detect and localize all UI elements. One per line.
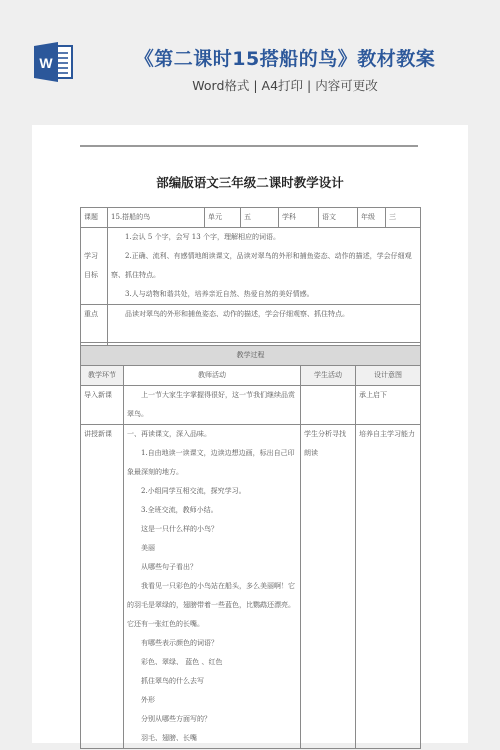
teacher-line: 抓住翠鸟的什么去写 <box>127 672 297 691</box>
teacher-line: 3.全班交流，教师小结。 <box>127 501 297 520</box>
header-divider <box>80 145 418 147</box>
process-header-row: 教学环节 教师活动 学生活动 设计意图 <box>81 366 421 386</box>
objectives-label: 学习 目标 <box>81 228 108 305</box>
objectives-label-line1: 学习 <box>84 247 104 266</box>
teacher-line: 这是一只什么样的小鸟？ <box>127 520 297 539</box>
stage-cell: 导入新课 <box>81 386 124 425</box>
teacher-line: 美丽 <box>127 539 297 558</box>
intent-cell: 承上启下 <box>356 386 421 425</box>
subject-value: 语文 <box>319 208 358 228</box>
teacher-line: 有哪些表示颜色的词语？ <box>127 634 297 653</box>
word-icon: W <box>32 40 76 84</box>
teacher-cell: 上一节大家生字掌握得很好，这一节我们继续品赏翠鸟。 <box>124 386 301 425</box>
key-point-label: 重点 <box>81 305 108 343</box>
objectives-content: 1.会认 5 个字，会写 13 个字，理解相应的词语。 2.正确、流利、有感情地… <box>108 228 421 305</box>
svg-text:W: W <box>39 55 53 71</box>
stage-cell: 讲授新课 <box>81 425 124 749</box>
topic-value: 15.搭船的鸟 <box>108 208 205 228</box>
teacher-line: 分别从哪些方面写的？ <box>127 710 297 729</box>
teacher-line: 2.小组同学互相交流，探究学习。 <box>127 482 297 501</box>
process-row-lecture: 讲授新课 一、再读课文，深入品味。 1.自由地读一读课文，边读边想边画，标出自己… <box>81 425 421 749</box>
teacher-line: 外形 <box>127 691 297 710</box>
student-cell <box>301 386 356 425</box>
teacher-line: 一、再读课文，深入品味。 <box>127 425 297 444</box>
process-title-row: 教学过程 <box>81 346 421 366</box>
objectives-label-line2: 目标 <box>84 266 104 285</box>
teacher-line: 彩色、翠绿、 蓝色 、红色 <box>127 653 297 672</box>
unit-value: 五 <box>241 208 279 228</box>
objectives-row: 学习 目标 1.会认 5 个字，会写 13 个字，理解相应的词语。 2.正确、流… <box>81 228 421 305</box>
grade-label: 年级 <box>358 208 386 228</box>
intent-cell: 培养自主学习能力 <box>356 425 421 749</box>
objective-item: 1.会认 5 个字，会写 13 个字，理解相应的词语。 <box>111 228 417 247</box>
unit-label: 单元 <box>205 208 241 228</box>
teacher-line: 从哪些句子看出？ <box>127 558 297 577</box>
banner: W 《第二课时15搭船的鸟》教材教案 Word格式 | A4打印 | 内容可更改 <box>0 0 500 120</box>
teaching-process-table: 教学过程 教学环节 教师活动 学生活动 设计意图 导入新课 上一节大家生字掌握得… <box>80 345 421 749</box>
header-student: 学生活动 <box>301 366 356 386</box>
document-title: 部编版语文三年级二课时教学设计 <box>32 173 468 191</box>
key-point-text: 品读对翠鸟的外形和捕鱼姿态、动作的描述，学会仔细观察、抓住特点。 <box>108 305 421 343</box>
key-point-row: 重点 品读对翠鸟的外形和捕鱼姿态、动作的描述，学会仔细观察、抓住特点。 <box>81 305 421 343</box>
header-teacher: 教师活动 <box>124 366 301 386</box>
teacher-cell: 一、再读课文，深入品味。 1.自由地读一读课文，边读边想边画，标出自己印象最深刻… <box>124 425 301 749</box>
header-intent: 设计意图 <box>356 366 421 386</box>
subject-label: 学科 <box>279 208 319 228</box>
teacher-line: 1.自由地读一读课文，边读边想边画，标出自己印象最深刻的地方。 <box>127 444 297 482</box>
document-page: 部编版语文三年级二课时教学设计 课题 15.搭船的鸟 单元 五 学科 语文 年级… <box>32 125 468 743</box>
banner-subtitle: Word格式 | A4打印 | 内容可更改 <box>120 76 450 94</box>
teacher-line: 羽毛、翅膀、长嘴 <box>127 729 297 748</box>
info-row: 课题 15.搭船的鸟 单元 五 学科 语文 年级 三 <box>81 208 421 228</box>
lesson-info-table: 课题 15.搭船的鸟 单元 五 学科 语文 年级 三 学习 目标 1.会认 5 … <box>80 207 421 363</box>
objective-item: 2.正确、流利、有感情地朗读课文，品读对翠鸟的外形和捕鱼姿态、动作的描述，学会仔… <box>111 247 417 285</box>
teacher-line: 我看见一只彩色的小鸟站在船头，多么美丽啊！它的羽毛是翠绿的，翅膀带着一些蓝色，比… <box>127 577 297 634</box>
process-row-intro: 导入新课 上一节大家生字掌握得很好，这一节我们继续品赏翠鸟。 承上启下 <box>81 386 421 425</box>
teacher-line: 上一节大家生字掌握得很好，这一节我们继续品赏翠鸟。 <box>127 386 297 424</box>
student-cell: 学生分析寻找朗读 <box>301 425 356 749</box>
header-stage: 教学环节 <box>81 366 124 386</box>
grade-value: 三 <box>386 208 421 228</box>
process-title: 教学过程 <box>81 346 421 366</box>
banner-title: 《第二课时15搭船的鸟》教材教案 <box>120 44 450 71</box>
objective-item: 3.人与动物和谐共处，培养亲近自然、热爱自然的美好情感。 <box>111 285 417 304</box>
topic-label: 课题 <box>81 208 108 228</box>
